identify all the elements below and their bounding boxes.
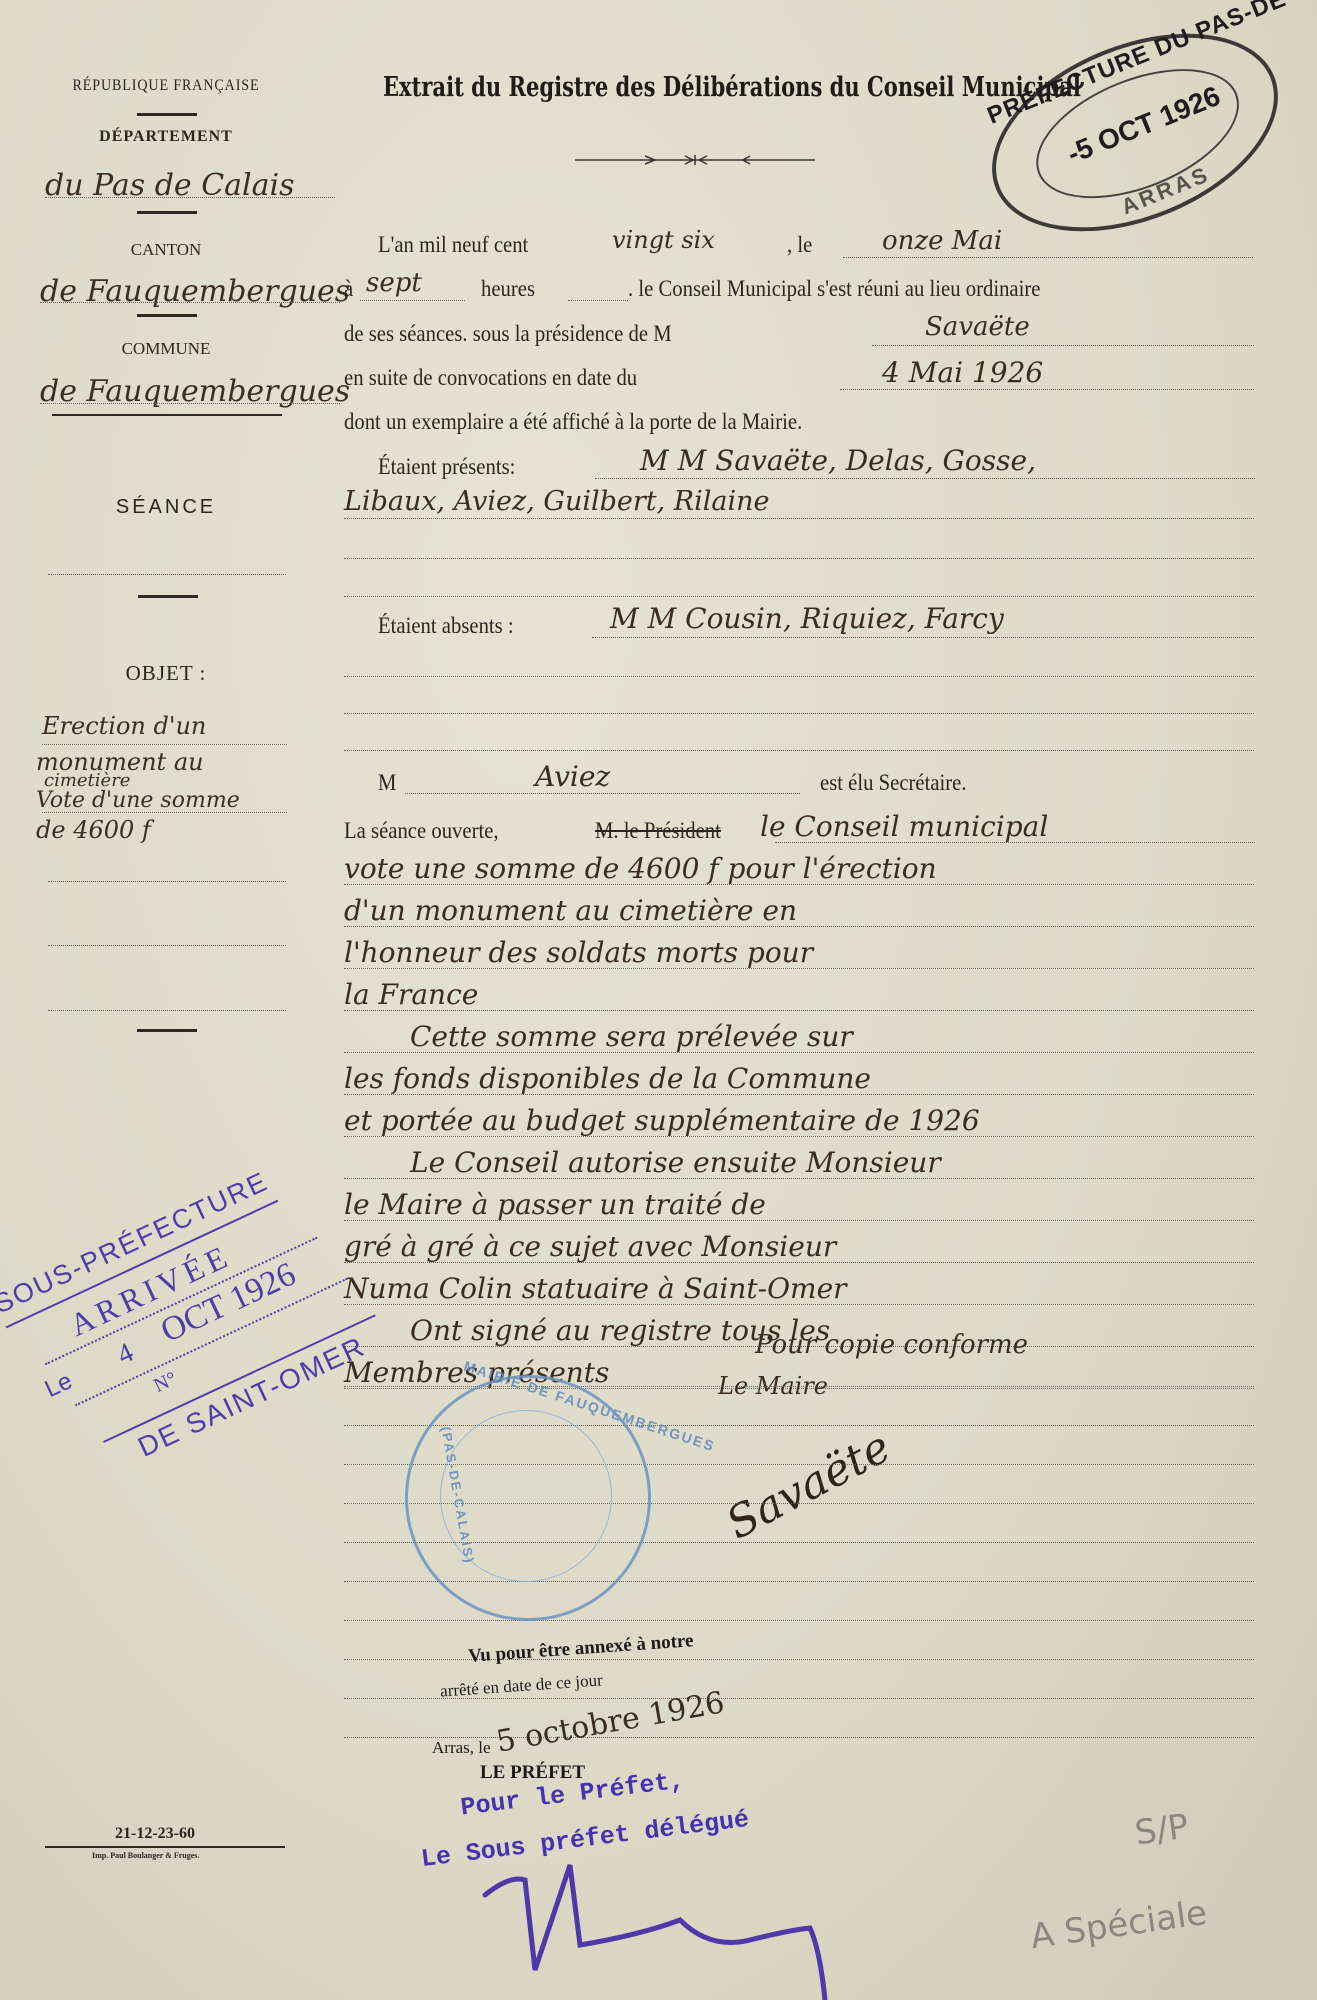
presidence-line [872,345,1254,346]
mayor-signature: Savaëte [718,1421,898,1549]
visa-line-1: Vu pour être annexé à notre [468,1630,695,1668]
divider [138,595,198,598]
minute-line [568,300,628,301]
objet-line: de 4600 f [36,816,151,844]
secretary-prefix: M [378,770,396,796]
divider [52,414,282,416]
canton-value: de Fauquembergues [40,274,350,309]
stamp-line: 4 [112,1337,138,1372]
printer-credit: Imp. Paul Boulanger & Fruges. [92,1851,199,1860]
deliberation-line: le Conseil municipal [760,810,1048,843]
present-line-4 [344,596,1254,597]
secretary-suffix: est élu Secrétaire. [820,770,967,796]
deliberation-line: le Maire à passer un traité de [344,1188,766,1221]
absent-line-2 [344,676,1254,677]
hour-prefix: à [344,276,353,302]
day-value: onze Mai [882,226,1002,256]
pencil-note-1: S/P [1132,1806,1191,1853]
copy-conform: Pour copie conforme [755,1330,1028,1360]
day-label: , le [787,232,812,258]
present-line-3 [344,558,1254,559]
divider [137,314,197,317]
print-rule [45,1846,285,1848]
visa-date: 5 octobre 1926 [494,1685,727,1760]
objet-rule [42,744,287,745]
deliberation-line: d'un monument au cimetière en [344,894,797,927]
absent-line-4 [344,750,1254,751]
sous-prefecture-stamp: SOUS-PRÉFECTURE ARRIVÉE Le 4 OCT 1926 N°… [0,1122,417,1518]
present-names-2: Libaux, Aviez, Guilbert, Rilaine [344,486,770,517]
deliberation-line: gré à gré à ce sujet avec Monsieur [344,1230,836,1263]
year-label: L'an mil neuf cent [378,232,528,258]
deliberation-line: et portée au budget supplémentaire de 19… [344,1104,980,1137]
hour-value: sept [366,268,422,298]
objet-label: OBJET : [16,661,316,686]
seance-line [48,574,286,575]
absent-line-1 [592,637,1254,638]
deliberation-line: vote une somme de 4600 f pour l'érection [344,852,937,885]
department-label: DÉPARTEMENT [16,128,316,146]
presidence-label: de ses séances. sous la présidence de M [344,321,672,347]
department-line [45,197,335,198]
divider [137,211,197,214]
mairie-seal: MAIRIE DE FAUQUEMBERGUES (PAS-DE-CALAIS) [405,1375,651,1621]
canton-line [40,302,340,303]
objet-line: Erection d'un [42,712,206,740]
secretary-name: Aviez [535,760,610,793]
stamp-line: Le [41,1367,77,1404]
prefecture-stamp: PRÉFECTURE DU PAS-DE-CALAIS -5 OCT 1926 … [963,0,1307,270]
ornament-divider [575,155,815,165]
objet-rule [48,945,286,946]
visa-line-2: arrêté en date de ce jour [440,1670,604,1701]
convocation-label: en suite de convocations en date du [344,365,637,391]
deliberation-line: Le Conseil autorise ensuite Monsieur [410,1146,941,1179]
commune-line [40,403,340,404]
president-name: Savaëte [925,312,1030,342]
visa-line-3: Arras, le [432,1738,491,1758]
objet-rule [48,881,286,882]
objet-rule [42,812,287,813]
convocation-date: 4 Mai 1926 [882,356,1043,389]
deliberation-line: les fonds disponibles de la Commune [344,1062,871,1095]
objet-rule [48,1010,286,1011]
hour-label: heures [481,276,535,302]
stamp-line: DE SAINT-OMER [133,1330,370,1463]
present-label: Étaient présents: [378,454,515,480]
commune-label: COMMUNE [16,339,316,359]
stamp-rule [103,1314,376,1443]
republic-heading: RÉPUBLIQUE FRANÇAISE [34,77,298,95]
divider [137,1029,197,1032]
deliberation-line: Numa Colin statuaire à Saint-Omer [344,1272,847,1305]
ruled-line [344,1620,1254,1621]
convocation-line [840,389,1254,390]
canton-label: CANTON [16,240,316,260]
opening-text: La séance ouverte, [344,818,499,844]
seance-label: SÉANCE [16,496,316,519]
present-line-1 [595,478,1255,479]
posting-text: dont un exemplaire a été affiché à la po… [344,409,802,435]
absent-line-3 [344,713,1254,714]
deliberation-line: l'honneur des soldats morts pour [344,936,813,969]
divider [137,113,197,116]
deliberation-line: la France [344,978,478,1011]
present-names-1: M M Savaëte, Delas, Gosse, [640,444,1036,477]
year-value: vingt six [612,226,715,254]
deliberation-line: Cette somme sera prélevée sur [410,1020,853,1053]
secretary-line [405,793,800,794]
absent-label: Étaient absents : [378,613,514,639]
present-line-2 [344,518,1254,519]
print-code: 21-12-23-60 [115,1825,195,1843]
page-title: Extrait du Registre des Délibérations du… [383,72,1081,103]
pencil-note-2: A Spéciale [1028,1893,1209,1957]
absent-names: M M Cousin, Riquiez, Farcy [610,602,1004,635]
assembly-text: . le Conseil Municipal s'est réuni au li… [628,276,1040,302]
objet-line: Vote d'une somme [36,788,240,813]
opening-struck: M. le Président [595,818,721,844]
ruled-line [344,1010,1254,1011]
stamp-line: N° [150,1368,180,1398]
delegate-signature [480,1850,860,2000]
hour-line [360,300,465,301]
